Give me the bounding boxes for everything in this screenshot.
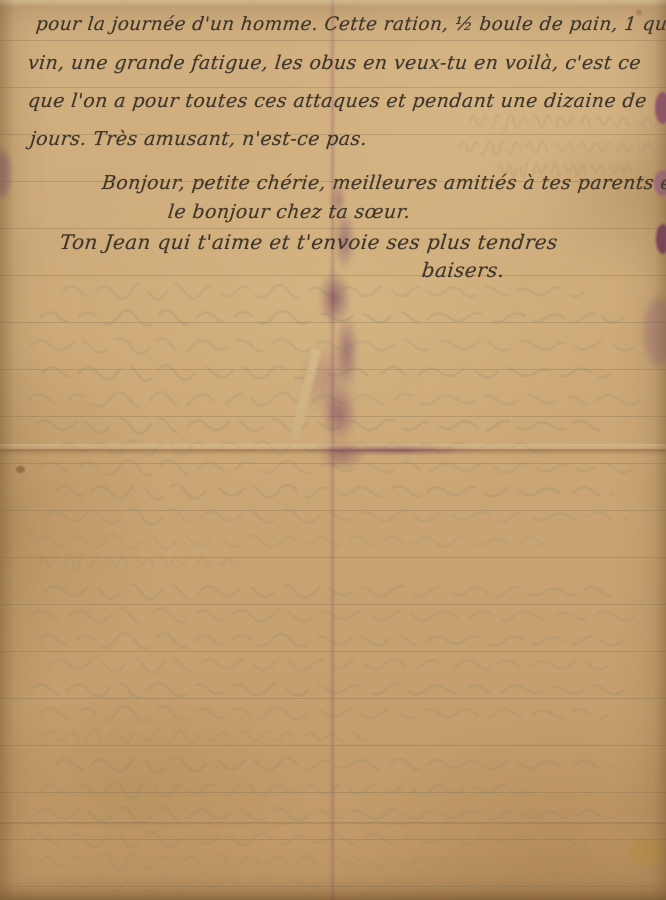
- paper-edge-right: [654, 0, 666, 900]
- brown-speck: [16, 466, 25, 473]
- letter-body-line-4: jours. Très amusant, n'est-ce pas.: [29, 128, 369, 150]
- letter-closing-line-2: le bonjour chez ta sœur.: [167, 201, 412, 223]
- letter-signature-line-2: baisers.: [421, 258, 506, 282]
- purple-stain-along-crease: [268, 440, 518, 458]
- letter-body-line-1: pour la journée d'un homme. Cette ration…: [35, 14, 666, 35]
- paper-edge-bottom: [0, 878, 666, 900]
- letter-closing-line-1: Bonjour, petite chérie, meilleures amiti…: [101, 172, 666, 194]
- letter-body-line-2: vin, une grande fatigue, les obus en veu…: [27, 52, 642, 74]
- letter-signature-line-1: Ton Jean qui t'aime et t'envoie ses plus…: [59, 230, 559, 254]
- paper-edge-top: [0, 0, 666, 7]
- letter-body-line-3: que l'on a pour toutes ces attaques et p…: [27, 90, 648, 112]
- letter-page: pour la journée d'un homme. Cette ration…: [0, 0, 666, 900]
- lower-fold-crease: [0, 820, 666, 825]
- paper-edge-left: [0, 0, 14, 900]
